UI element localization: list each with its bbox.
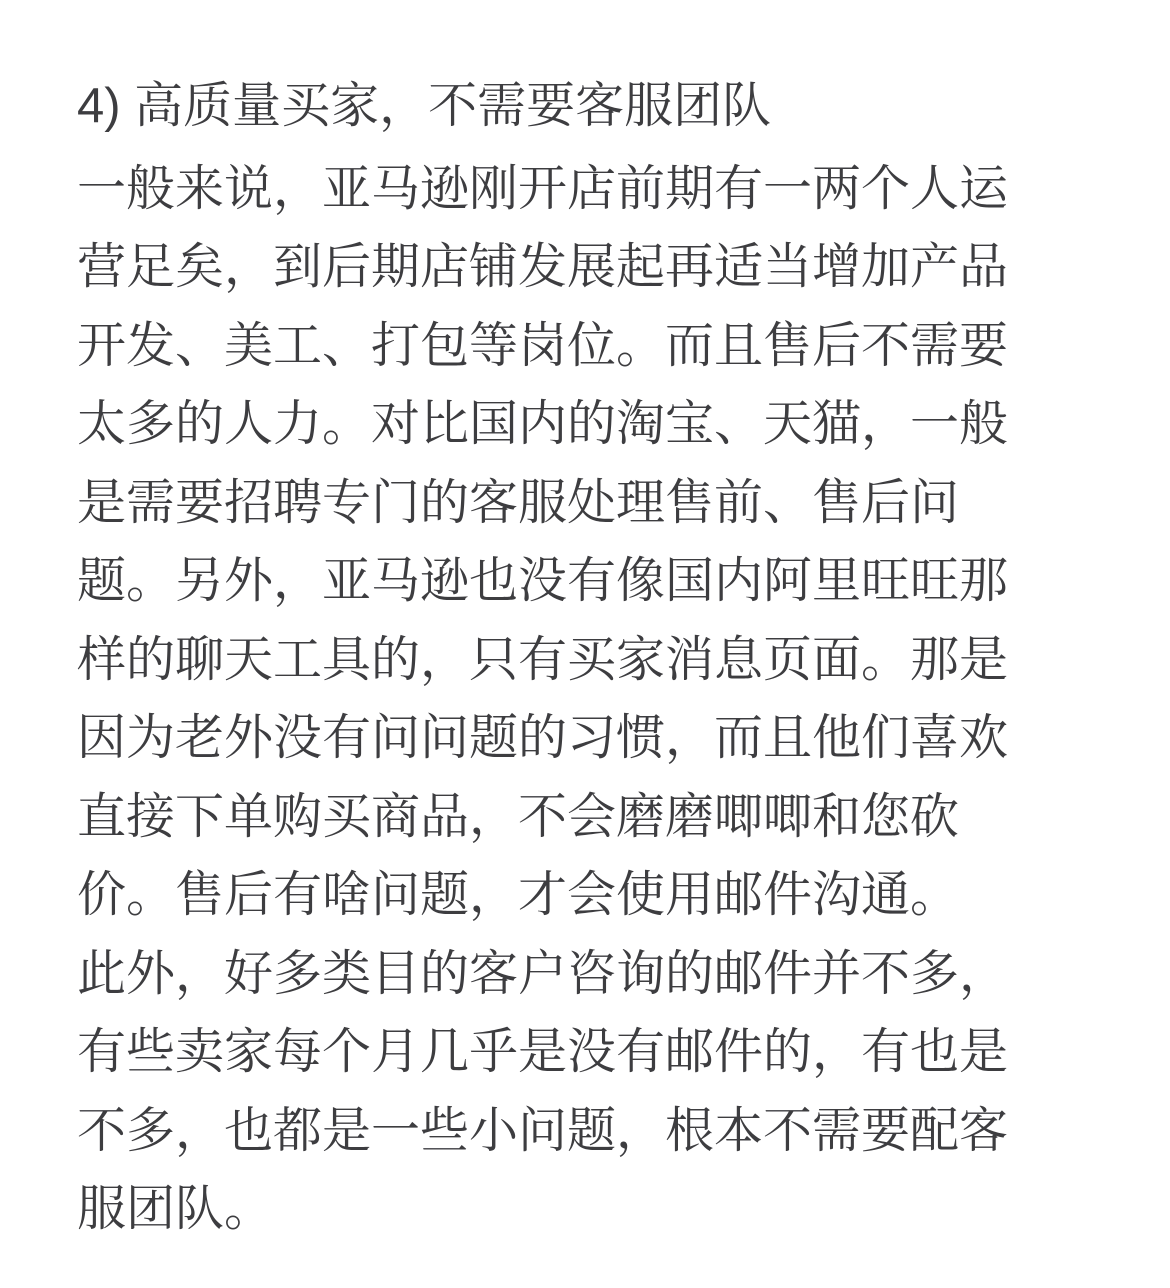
paragraph-line: 开发、美工、打包等岗位。而且售后不需要 <box>77 307 1140 386</box>
paragraph-line: 价。售后有啥问题，才会使用邮件沟通。 <box>77 856 1140 935</box>
paragraph-line: 服团队。 <box>77 1170 1140 1249</box>
paragraph-line: 直接下单购买商品，不会磨磨唧唧和您砍 <box>77 778 1140 857</box>
paragraph-line: 营足矣，到后期店铺发展起再适当增加产品 <box>77 228 1140 307</box>
paragraph-line: 不多，也都是一些小问题，根本不需要配客 <box>77 1092 1140 1171</box>
paragraph-line: 有些卖家每个月几乎是没有邮件的，有也是 <box>77 1013 1140 1092</box>
paragraph-line: 题。另外，亚马逊也没有像国内阿里旺旺那 <box>77 542 1140 621</box>
paragraph-line: 是需要招聘专门的客服处理售前、售后问 <box>77 464 1140 543</box>
paragraph-line: 样的聊天工具的，只有买家消息页面。那是 <box>77 621 1140 700</box>
article-page: 4) 高质量买家，不需要客服团队 一般来说，亚马逊刚开店前期有一两个人运 营足矣… <box>0 0 1170 1288</box>
paragraph-line: 太多的人力。对比国内的淘宝、天猫，一般 <box>77 385 1140 464</box>
paragraph-line: 因为老外没有问问题的习惯，而且他们喜欢 <box>77 699 1140 778</box>
section-heading: 4) 高质量买家，不需要客服团队 <box>77 67 1140 146</box>
paragraph-line: 一般来说，亚马逊刚开店前期有一两个人运 <box>77 150 1140 229</box>
paragraph-line: 此外，好多类目的客户咨询的邮件并不多， <box>77 935 1140 1014</box>
